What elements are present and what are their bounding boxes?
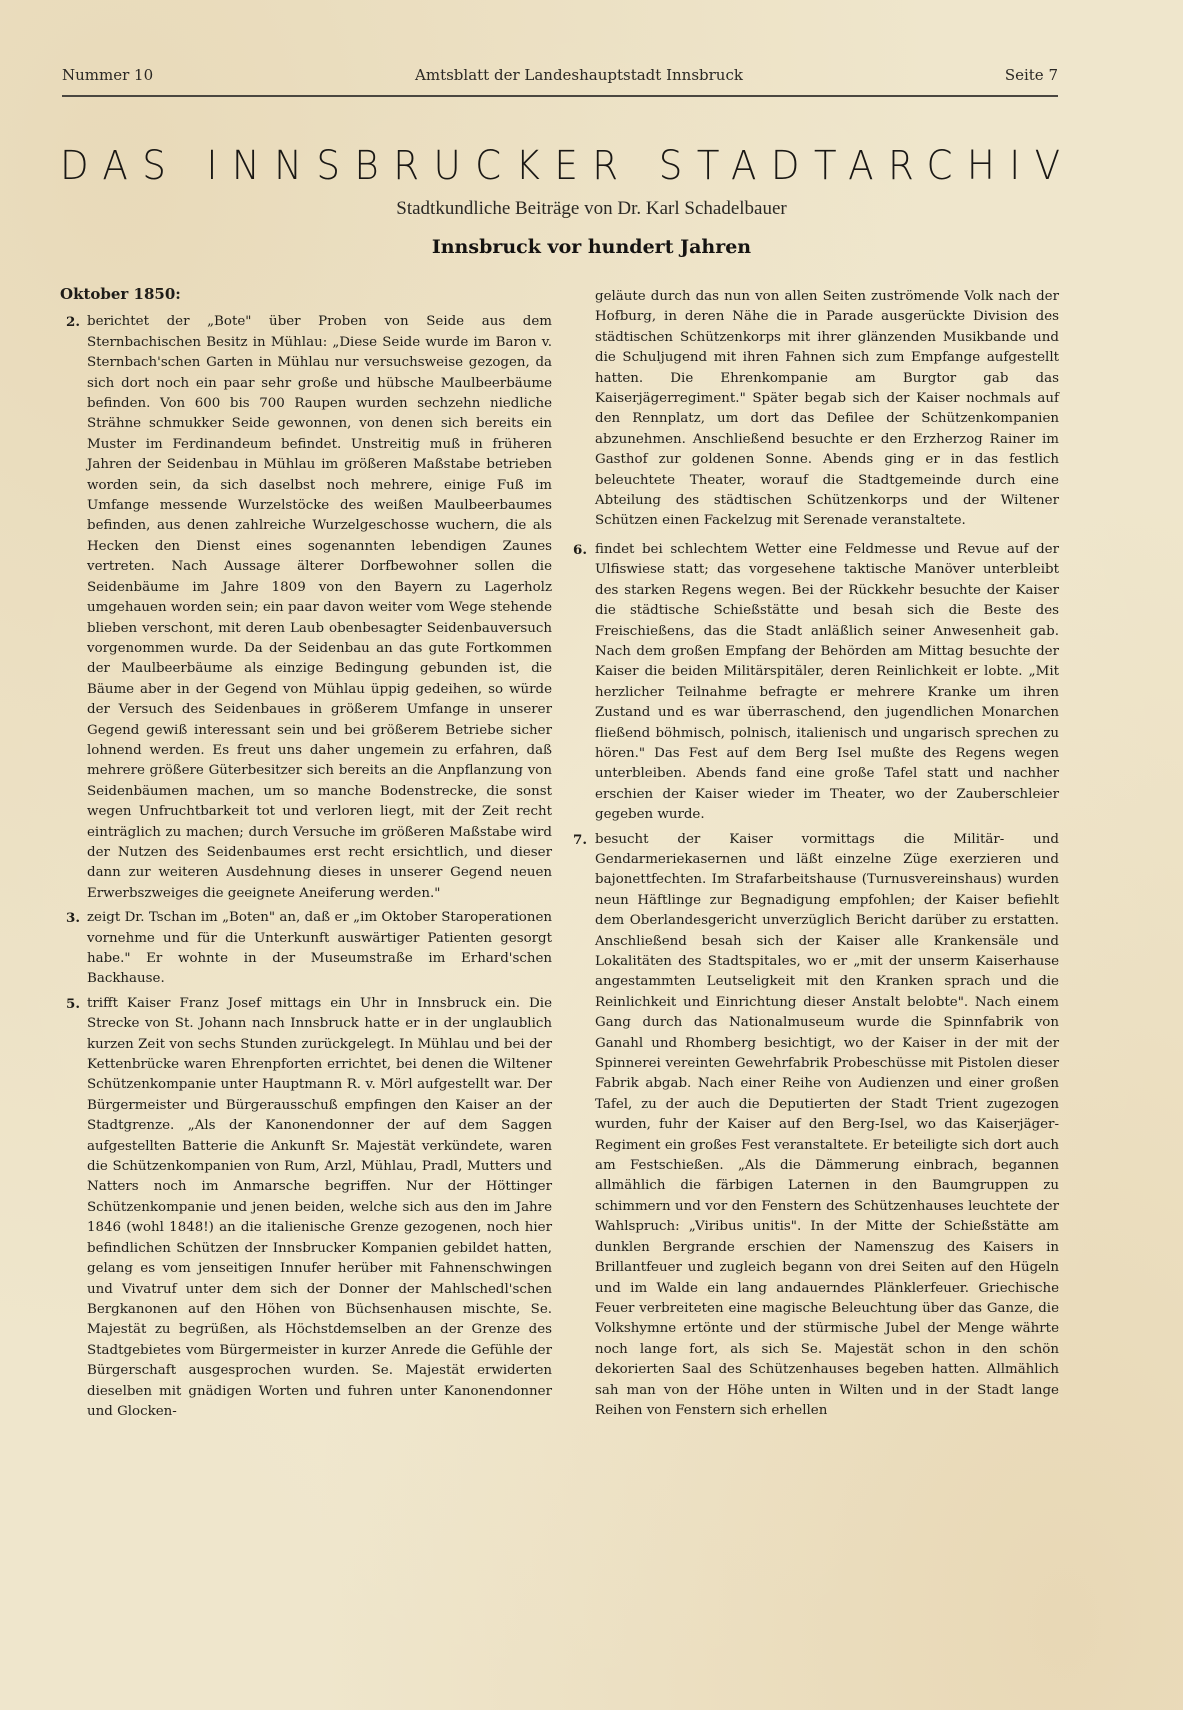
chronicle-entry: 7. besucht der Kaiser vormittags die Mil… [583,830,1059,1422]
left-column: Oktober 1850: 2. berichtet der „Bote" üb… [62,284,552,1426]
entry-day: 6. [573,540,587,560]
page-number: Seite 7 [1005,66,1058,84]
entry-continuation: geläute durch das nun von allen Seiten z… [595,287,1059,532]
entry-day: 2. [66,312,80,332]
byline: Stadtkundliche Beiträge von Dr. Karl Sch… [0,198,1183,220]
publication-name: Amtsblatt der Landeshauptstadt Innsbruck [415,66,743,84]
issue-number: Nummer 10 [62,66,153,84]
chronicle-entry: 3. zeigt Dr. Tschan im „Boten" an, daß e… [62,908,552,990]
section-title: Innsbruck vor hundert Jahren [0,236,1183,258]
chronicle-entry: 5. trifft Kaiser Franz Josef mittags ein… [62,994,552,1423]
right-column: geläute durch das nun von allen Seiten z… [595,287,1059,1425]
newspaper-page: Nummer 10 Amtsblatt der Landeshauptstadt… [0,0,1183,1710]
entry-text: besucht der Kaiser vormittags die Militä… [595,830,1059,1422]
running-header: Nummer 10 Amtsblatt der Landeshauptstadt… [62,66,1058,90]
entry-day: 3. [66,908,80,928]
entry-text: berichtet der „Bote" über Proben von Sei… [87,312,552,904]
header-rule [62,95,1058,97]
page-title: DAS INNSBRUCKER STADTARCHIV [60,143,990,189]
entry-text: zeigt Dr. Tschan im „Boten" an, daß er „… [87,908,552,990]
chronicle-entry: 6. findet bei schlechtem Wetter eine Fel… [583,540,1059,826]
date-heading: Oktober 1850: [60,284,552,304]
chronicle-entry: 2. berichtet der „Bote" über Proben von … [62,312,552,904]
entry-day: 7. [573,830,587,850]
entry-text: findet bei schlechtem Wetter eine Feldme… [595,540,1059,826]
continuation-text: geläute durch das nun von allen Seiten z… [595,287,1059,532]
entry-day: 5. [66,994,80,1014]
entry-text: trifft Kaiser Franz Josef mittags ein Uh… [87,994,552,1423]
